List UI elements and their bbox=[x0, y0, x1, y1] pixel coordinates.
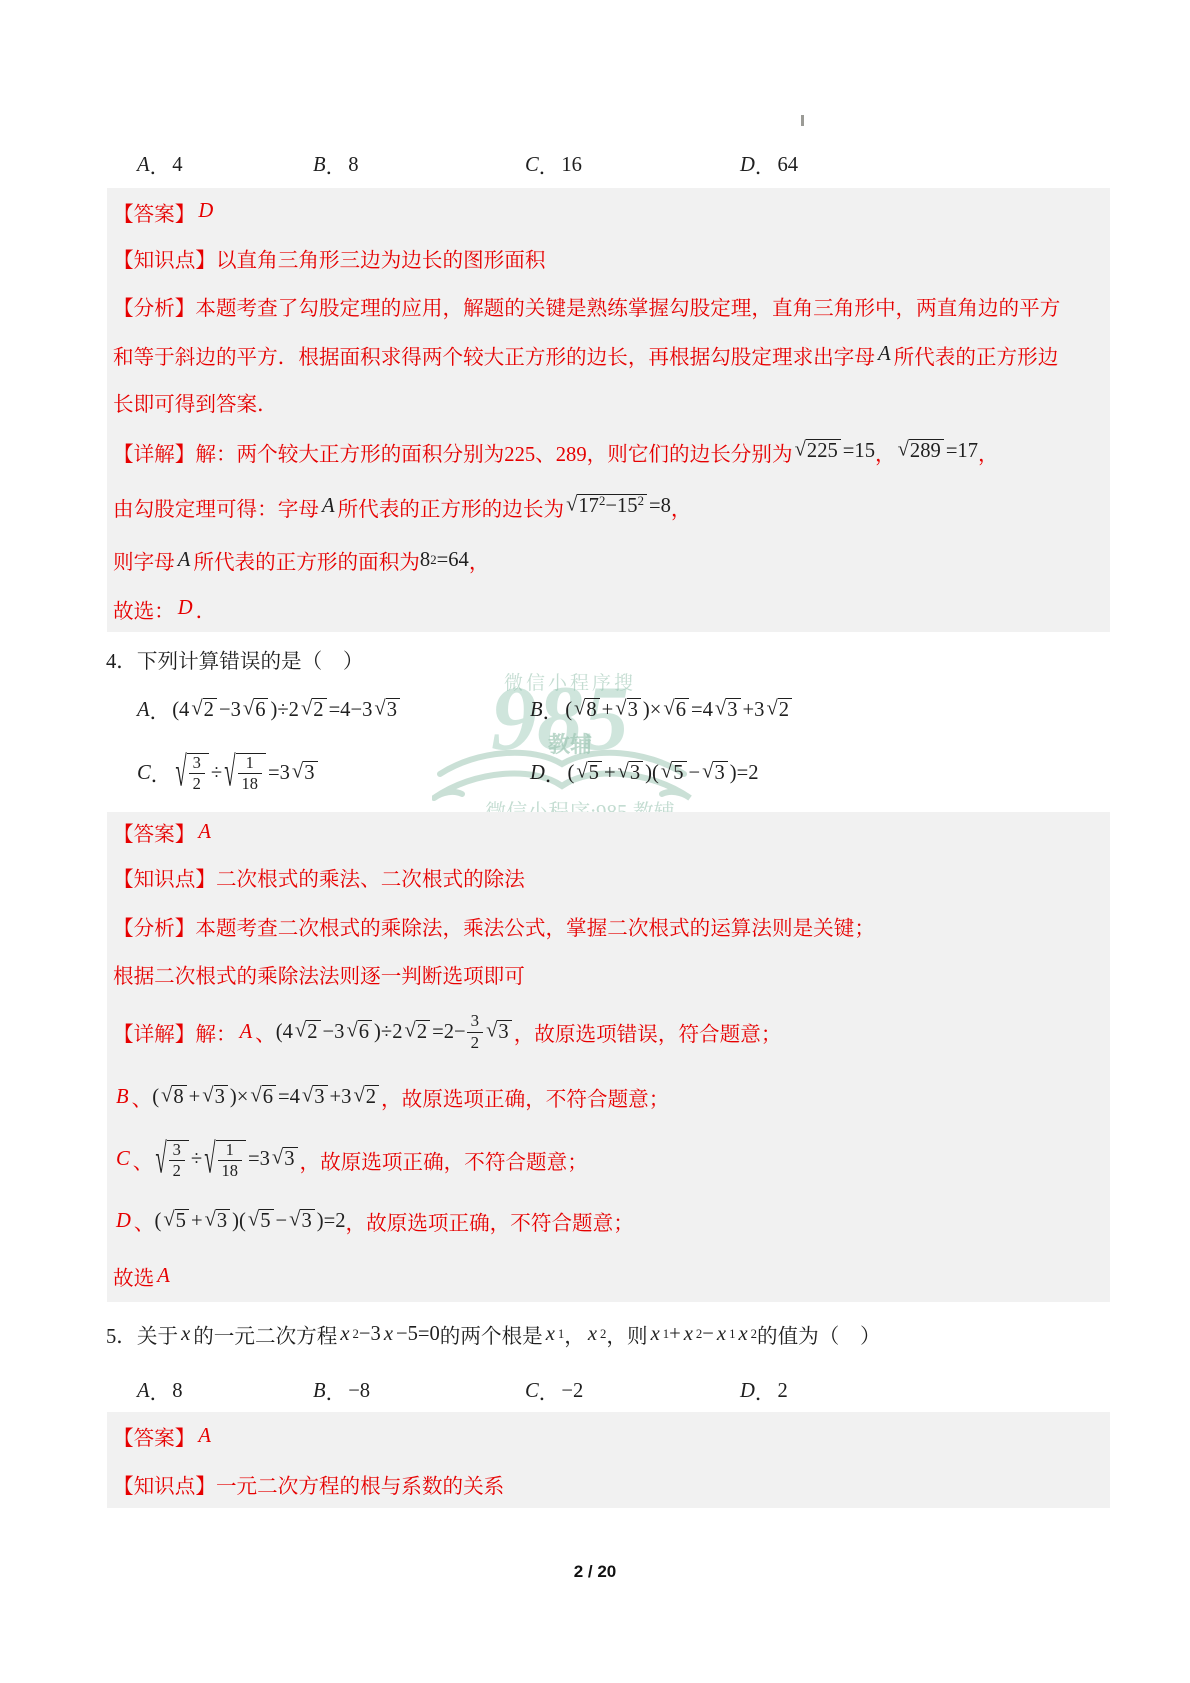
bracket-tag: 【知识点】 bbox=[113, 243, 216, 273]
answer-line: B、(√8+√3)×√6=4√3+3√2，故原选项正确，不符合题意； bbox=[113, 1067, 1110, 1127]
sqrt-expr: √3 bbox=[374, 698, 400, 723]
radicand: 3 bbox=[386, 698, 400, 723]
option-letter: B bbox=[313, 154, 326, 177]
radical-sign: √ bbox=[191, 698, 202, 719]
radical-sign: √ bbox=[574, 698, 585, 719]
option-value: 8 bbox=[172, 1380, 182, 1403]
red-text: 二次根式的乘法、二次根式的除法 bbox=[216, 862, 525, 892]
red-text: 、 bbox=[255, 1017, 276, 1047]
radicand: 5 bbox=[259, 1209, 273, 1234]
bracket-tag: 【分析】 bbox=[113, 911, 195, 941]
answer-line: 根据二次根式的乘除法法则逐一判断选项即可 bbox=[113, 950, 1110, 997]
sqrt-expr: √118 bbox=[224, 753, 266, 793]
bracket-tag: 【详解】 bbox=[113, 437, 195, 467]
math-text: =17 bbox=[946, 440, 978, 463]
option-value: 4 bbox=[172, 154, 182, 177]
answer-line: 则字母A所代表的正方形的面积为82=64， bbox=[113, 535, 1110, 585]
option-separator: ． bbox=[326, 1376, 347, 1406]
option-item: C．−2 bbox=[525, 1376, 583, 1406]
radical-sign: √ bbox=[292, 761, 303, 782]
option-item: B．(√8+√3)×√6=4√3+3√2 bbox=[530, 690, 794, 730]
radical-sign: √ bbox=[766, 698, 777, 719]
radicand: 3 bbox=[313, 1085, 327, 1110]
page-number: 2 / 20 bbox=[0, 1562, 1190, 1582]
question-5-text: 5．关于x的一元二次方程x2−3x−5=0的两个根是x1，x2，则x1+x2−x… bbox=[106, 1320, 881, 1348]
red-text: 长即可得到答案． bbox=[113, 387, 278, 417]
answer-block-q5: 【答案】A【知识点】一元二次方程的根与系数的关系 bbox=[107, 1412, 1110, 1508]
radical-sign: √ bbox=[289, 1209, 300, 1230]
math-text: + bbox=[191, 1210, 203, 1233]
radical-sign: √ bbox=[346, 1020, 357, 1041]
radicand: 6 bbox=[254, 698, 268, 723]
radicand: 225 bbox=[806, 439, 841, 464]
sqrt-expr: √2 bbox=[191, 698, 217, 723]
math-text: 2 bbox=[779, 699, 789, 723]
math-text: ( bbox=[567, 762, 574, 785]
math-text: ( bbox=[152, 1086, 159, 1109]
math-variable: x bbox=[588, 1323, 597, 1346]
radical-sign: √ bbox=[302, 1085, 313, 1106]
math-text: 3 bbox=[630, 762, 640, 786]
answer-block-q4: 【答案】A【知识点】二次根式的乘法、二次根式的除法【分析】本题考查二次根式的乘除… bbox=[107, 812, 1110, 1302]
radical-sign: √ bbox=[295, 1020, 306, 1041]
option-item: D．2 bbox=[740, 1376, 788, 1406]
option-letter: D bbox=[740, 1380, 755, 1403]
red-text: ，故原选项正确，不符合题意； bbox=[346, 1206, 634, 1236]
red-text: ， bbox=[875, 437, 896, 467]
math-text: +3 bbox=[330, 1086, 352, 1109]
sqrt-expr: √5 bbox=[661, 761, 687, 786]
red-text: 一元二次方程的根与系数的关系 bbox=[216, 1469, 504, 1499]
answer-line: 长即可得到答案． bbox=[113, 379, 1110, 425]
math-text: 8 bbox=[586, 699, 596, 723]
math-text: =64 bbox=[437, 549, 469, 572]
math-text: −3 bbox=[359, 1323, 381, 1346]
option-separator: ． bbox=[150, 150, 171, 180]
sqrt-expr: √3 bbox=[202, 1085, 228, 1110]
option-separator: ． bbox=[755, 150, 776, 180]
red-text: 解： bbox=[195, 1017, 236, 1047]
radicand: 3 bbox=[300, 1209, 314, 1234]
option-item: C．√32÷√118=3√3 bbox=[137, 742, 320, 804]
radical-sign: √ bbox=[405, 1020, 416, 1041]
radical-sign: √ bbox=[795, 440, 806, 461]
bracket-tag: 【详解】 bbox=[113, 1017, 195, 1047]
math-text: 17 bbox=[578, 495, 599, 519]
answer-line: 故选A bbox=[113, 1250, 1110, 1302]
math-text: 6 bbox=[359, 1021, 369, 1045]
denominator: 2 bbox=[169, 1161, 185, 1180]
radical-sign: √ bbox=[661, 761, 672, 782]
math-text: )÷2 bbox=[374, 1021, 402, 1044]
answer-letter: A bbox=[198, 821, 211, 844]
math-text: 6 bbox=[263, 1086, 273, 1110]
math-text: − bbox=[702, 1323, 714, 1346]
math-text: (4 bbox=[276, 1021, 293, 1044]
red-text: 、 bbox=[134, 1206, 155, 1236]
math-text: 3 bbox=[304, 762, 314, 786]
math-text: 2 bbox=[204, 699, 214, 723]
math-text: 5 bbox=[589, 762, 599, 786]
answer-line: C、√32÷√118=3√3，故原选项正确，不符合题意； bbox=[113, 1127, 1110, 1192]
red-text: 故选 bbox=[113, 1261, 154, 1291]
sqrt-expr: √3 bbox=[205, 1209, 231, 1234]
radical-sign: √ bbox=[576, 761, 587, 782]
radicand: 2 bbox=[203, 698, 217, 723]
question4-options-row-2: C．√32÷√118=3√3D．(√5+√3)(√5−√3)=2 bbox=[0, 742, 1190, 804]
radical-sign: √ bbox=[243, 698, 254, 719]
option-value: 2 bbox=[777, 1380, 787, 1403]
radicand: 3 bbox=[726, 698, 740, 723]
numerator: 3 bbox=[189, 754, 205, 774]
math-variable: x bbox=[717, 1323, 726, 1346]
numerator: 3 bbox=[169, 1141, 185, 1161]
radicand: 6 bbox=[675, 698, 689, 723]
math-variable: x bbox=[181, 1323, 190, 1346]
numerator: 1 bbox=[238, 754, 262, 774]
sqrt-expr: √225 bbox=[795, 439, 841, 464]
fraction: 32 bbox=[467, 1012, 483, 1051]
sqrt-expr: √2 bbox=[295, 1020, 321, 1045]
answer-line: 【知识点】二次根式的乘法、二次根式的除法 bbox=[113, 852, 1110, 902]
option-separator: ． bbox=[151, 758, 172, 788]
red-text: ，故原选项错误，符合题意； bbox=[514, 1017, 782, 1047]
red-text: ， bbox=[671, 492, 692, 522]
document-page: 微信小程序搜 985 教辅 微信小程序:985 教辅 A．4B．8C．16D．6… bbox=[0, 0, 1190, 1683]
answer-line: 由勾股定理可得：字母A所代表的正方形的边长为√172−152=8， bbox=[113, 478, 1110, 535]
radical-sign: √ bbox=[163, 1209, 174, 1230]
math-text: )=2 bbox=[317, 1210, 346, 1233]
sqrt-expr: √6 bbox=[250, 1085, 276, 1110]
math-text: +3 bbox=[743, 699, 765, 722]
sqrt-expr: √5 bbox=[163, 1209, 189, 1234]
radical-sign: √ bbox=[175, 753, 186, 795]
red-text: 本题考查了勾股定理的应用，解题的关键是熟练掌握勾股定理，直角三角形中，两直角边的… bbox=[195, 291, 1060, 321]
math-text: 3 bbox=[387, 699, 397, 723]
math-variable: A bbox=[178, 549, 191, 572]
radicand: 118 bbox=[236, 753, 266, 793]
option-value: 64 bbox=[777, 154, 798, 177]
radical-sign: √ bbox=[374, 698, 385, 719]
math-text: −5=0 bbox=[396, 1323, 440, 1346]
math-text: + bbox=[669, 1323, 681, 1346]
sqrt-expr: √3 bbox=[292, 761, 318, 786]
math-text: =15 bbox=[843, 440, 875, 463]
radical-sign: √ bbox=[248, 1209, 259, 1230]
answer-line: 【知识点】以直角三角形三边为边长的图形面积 bbox=[113, 235, 1110, 281]
radical-sign: √ bbox=[204, 1139, 215, 1181]
answer-line: 【答案】A bbox=[113, 1412, 1110, 1460]
math-variable: x bbox=[340, 1323, 349, 1346]
red-text: 所代表的正方形边 bbox=[894, 340, 1059, 370]
option-separator: ． bbox=[150, 1376, 171, 1406]
red-text: ，故原选项正确，不符合题意； bbox=[300, 1145, 588, 1175]
radicand: 2 bbox=[365, 1085, 379, 1110]
option-letter: D bbox=[740, 154, 755, 177]
option-letter: B bbox=[313, 1380, 326, 1403]
sqrt-expr: √5 bbox=[248, 1209, 274, 1234]
red-text: 由勾股定理可得：字母 bbox=[113, 492, 319, 522]
math-text: )=2 bbox=[730, 762, 759, 785]
radicand: 5 bbox=[588, 761, 602, 786]
red-text: 则字母 bbox=[113, 545, 175, 575]
math-text: 6 bbox=[255, 699, 265, 723]
sqrt-expr: √6 bbox=[346, 1020, 372, 1045]
radical-sign: √ bbox=[161, 1085, 172, 1106]
answer-line: 【答案】D bbox=[113, 188, 1110, 235]
radicand: 3 bbox=[216, 1209, 230, 1234]
numerator: 1 bbox=[218, 1141, 242, 1161]
sqrt-expr: √32 bbox=[175, 753, 209, 793]
sqrt-expr: √6 bbox=[663, 698, 689, 723]
question5-options-row: A．8B．−8C．−2D．2 bbox=[0, 1376, 1190, 1406]
math-text: + bbox=[189, 1086, 201, 1109]
radicand: 6 bbox=[358, 1020, 372, 1045]
math-text: ÷ bbox=[211, 762, 222, 785]
sqrt-expr: √8 bbox=[574, 698, 600, 723]
red-text: 所代表的正方形的面积为 bbox=[193, 545, 420, 575]
math-text: 3 bbox=[217, 1210, 227, 1234]
radicand: 3 bbox=[629, 761, 643, 786]
fraction: 32 bbox=[169, 1141, 185, 1180]
fraction: 118 bbox=[238, 754, 262, 793]
math-text: )÷2 bbox=[270, 699, 298, 722]
math-text: 3 bbox=[301, 1210, 311, 1234]
sqrt-expr: √3 bbox=[272, 1147, 298, 1172]
math-text: 2 bbox=[366, 1086, 376, 1110]
math-text: =2− bbox=[432, 1021, 466, 1044]
question4-options-row-1: A．(4√2−3√6)÷2√2=4−3√3B．(√8+√3)×√6=4√3+3√… bbox=[0, 690, 1190, 730]
answer-letter: D bbox=[198, 200, 213, 223]
answer-letter: A bbox=[198, 1425, 211, 1448]
red-text: 本题考查二次根式的乘除法，乘法公式，掌握二次根式的运算法则是关键； bbox=[195, 911, 875, 941]
red-text: ，故原选项正确，不符合题意； bbox=[381, 1082, 669, 1112]
option-item: A．8 bbox=[137, 1376, 182, 1406]
math-text: =3 bbox=[268, 762, 290, 785]
radicand: 289 bbox=[909, 439, 944, 464]
red-text: 和等于斜边的平方．根据面积求得两个较大正方形的边长，再根据勾股定理求出字母 bbox=[113, 340, 875, 370]
sqrt-expr: √289 bbox=[898, 439, 944, 464]
sqrt-expr: √5 bbox=[576, 761, 602, 786]
radicand: 8 bbox=[172, 1085, 186, 1110]
red-text: 解：两个较大正方形的面积分别为225、289，则它们的边长分别为 bbox=[195, 437, 792, 467]
sqrt-expr: √3 bbox=[702, 761, 728, 786]
red-text: 所代表的正方形的边长为 bbox=[338, 492, 565, 522]
option-separator: ． bbox=[545, 758, 566, 788]
option-letter: C bbox=[137, 762, 151, 785]
math-text: − bbox=[276, 1210, 288, 1233]
answer-block-q3: 【答案】D【知识点】以直角三角形三边为边长的图形面积【分析】本题考查了勾股定理的… bbox=[107, 188, 1110, 632]
bracket-tag: 【知识点】 bbox=[113, 1469, 216, 1499]
math-text: 289 bbox=[910, 440, 941, 464]
math-text: 3 bbox=[714, 762, 724, 786]
radicand: 8 bbox=[585, 698, 599, 723]
answer-line: D、(√5+√3)(√5−√3)=2，故原选项正确，不符合题意； bbox=[113, 1192, 1110, 1250]
option-value: −2 bbox=[561, 1380, 583, 1403]
math-text: =4 bbox=[278, 1086, 300, 1109]
radical-sign: √ bbox=[250, 1085, 261, 1106]
radicand: 6 bbox=[262, 1085, 276, 1110]
math-text: 225 bbox=[807, 440, 838, 464]
radicand: 32 bbox=[187, 753, 209, 793]
math-text: )× bbox=[643, 699, 661, 722]
answer-letter: A bbox=[240, 1021, 253, 1044]
radicand: 3 bbox=[303, 761, 317, 786]
radicand: 2 bbox=[306, 1020, 320, 1045]
math-text: 2 bbox=[313, 699, 323, 723]
sqrt-expr: √6 bbox=[243, 698, 269, 723]
radical-sign: √ bbox=[272, 1148, 283, 1169]
option-letter: A bbox=[137, 154, 150, 177]
math-text: 8 bbox=[173, 1086, 183, 1110]
bracket-tag: 【答案】 bbox=[113, 197, 195, 227]
sqrt-expr: √3 bbox=[302, 1085, 328, 1110]
option-item: B．8 bbox=[313, 150, 358, 180]
math-text: )( bbox=[645, 762, 659, 785]
math-text: =3 bbox=[248, 1148, 270, 1171]
math-text: −3 bbox=[323, 1021, 345, 1044]
option-letter: C bbox=[525, 154, 539, 177]
red-text: 根据二次根式的乘除法法则逐一判断选项即可 bbox=[113, 959, 525, 989]
radicand: 5 bbox=[175, 1209, 189, 1234]
black-text: ， bbox=[564, 1319, 585, 1349]
answer-line: 【知识点】一元二次方程的根与系数的关系 bbox=[113, 1460, 1110, 1508]
math-text: ( bbox=[154, 1210, 161, 1233]
fraction: 32 bbox=[189, 754, 205, 793]
black-text: 的一元二次方程 bbox=[193, 1319, 337, 1349]
radical-sign: √ bbox=[663, 698, 674, 719]
sqrt-expr: √3 bbox=[715, 698, 741, 723]
sqrt-expr: √8 bbox=[161, 1085, 187, 1110]
option-item: A．(4√2−3√6)÷2√2=4−3√3 bbox=[137, 690, 402, 730]
radical-sign: √ bbox=[224, 753, 235, 795]
denominator: 2 bbox=[189, 774, 205, 793]
red-text: 、 bbox=[132, 1082, 153, 1112]
answer-line: 故选：D． bbox=[113, 585, 1110, 632]
denominator: 18 bbox=[238, 774, 262, 793]
radical-sign: √ bbox=[618, 761, 629, 782]
bracket-tag: 【答案】 bbox=[113, 1421, 195, 1451]
option-separator: ． bbox=[543, 695, 564, 725]
sqrt-expr: √3 bbox=[618, 761, 644, 786]
radical-sign: √ bbox=[898, 440, 909, 461]
radicand: 32 bbox=[167, 1140, 189, 1180]
radicand: 5 bbox=[672, 761, 686, 786]
radicand: 3 bbox=[214, 1085, 228, 1110]
math-variable: x bbox=[651, 1323, 660, 1346]
radical-sign: √ bbox=[702, 761, 713, 782]
math-text: 6 bbox=[676, 699, 686, 723]
math-text: 5 bbox=[260, 1210, 270, 1234]
answer-line: 【分析】本题考查二次根式的乘除法，乘法公式，掌握二次根式的运算法则是关键； bbox=[113, 902, 1110, 950]
math-text: −3 bbox=[219, 699, 241, 722]
option-item: B．−8 bbox=[313, 1376, 370, 1406]
sqrt-expr: √172−152 bbox=[566, 494, 647, 519]
math-text: =4 bbox=[691, 699, 713, 722]
math-variable: x bbox=[546, 1323, 555, 1346]
math-text: + bbox=[602, 699, 614, 722]
option-item: C．16 bbox=[525, 150, 582, 180]
black-text: 的两个根是 bbox=[440, 1319, 543, 1349]
sqrt-expr: √3 bbox=[289, 1209, 315, 1234]
radical-sign: √ bbox=[566, 495, 577, 516]
option-separator: ． bbox=[150, 695, 171, 725]
bracket-tag: 【答案】 bbox=[113, 817, 195, 847]
radical-sign: √ bbox=[353, 1085, 364, 1106]
red-text: 、 bbox=[133, 1145, 154, 1175]
answer-line: 【分析】本题考查了勾股定理的应用，解题的关键是熟练掌握勾股定理，直角三角形中，两… bbox=[113, 281, 1110, 330]
red-text: 故选： bbox=[113, 594, 175, 624]
radical-sign: √ bbox=[486, 1020, 497, 1041]
option-letter: C bbox=[525, 1380, 539, 1403]
math-text: )× bbox=[230, 1086, 248, 1109]
question-4-text: 4．下列计算错误的是（ ） bbox=[106, 645, 363, 673]
radicand: 3 bbox=[713, 761, 727, 786]
math-text: − bbox=[689, 762, 701, 785]
math-text: =4−3 bbox=[329, 699, 373, 722]
option-separator: ． bbox=[539, 150, 560, 180]
sqrt-expr: √118 bbox=[204, 1140, 246, 1180]
radicand: 172−152 bbox=[577, 494, 647, 519]
bracket-tag: 【分析】 bbox=[113, 291, 195, 321]
answer-line: 【详解】解：两个较大正方形的面积分别为225、289，则它们的边长分别为√225… bbox=[113, 425, 1110, 478]
answer-letter: D bbox=[116, 1210, 131, 1233]
option-separator: ． bbox=[326, 150, 347, 180]
math-text: ÷ bbox=[191, 1148, 202, 1171]
answer-line: 【详解】解：A、(4√2−3√6)÷2√2=2−32√3，故原选项错误，符合题意… bbox=[113, 997, 1110, 1067]
stray-mark bbox=[801, 115, 804, 126]
math-variable: A bbox=[878, 343, 891, 366]
radical-sign: √ bbox=[715, 698, 726, 719]
radicand: 3 bbox=[283, 1147, 297, 1172]
option-item: A．4 bbox=[137, 150, 182, 180]
option-value: 8 bbox=[348, 154, 358, 177]
math-text: 2 bbox=[417, 1021, 427, 1045]
sqrt-expr: √3 bbox=[486, 1020, 512, 1045]
answer-letter: D bbox=[178, 597, 193, 620]
radicand: 3 bbox=[627, 698, 641, 723]
math-variable: A bbox=[322, 495, 335, 518]
math-text: ( bbox=[565, 699, 572, 722]
math-text: 8 bbox=[420, 549, 430, 572]
sqrt-expr: √3 bbox=[615, 698, 641, 723]
red-text: ， bbox=[978, 437, 999, 467]
option-value: −8 bbox=[348, 1380, 370, 1403]
red-text: ． bbox=[196, 594, 217, 624]
superscript: 2 bbox=[638, 495, 644, 508]
radicand: 3 bbox=[497, 1020, 511, 1045]
math-text: )( bbox=[232, 1210, 246, 1233]
answer-letter: A bbox=[157, 1265, 170, 1288]
black-text: ，则 bbox=[606, 1319, 647, 1349]
answer-line: 和等于斜边的平方．根据面积求得两个较大正方形的边长，再根据勾股定理求出字母A所代… bbox=[113, 330, 1110, 379]
fraction: 118 bbox=[218, 1141, 242, 1180]
radical-sign: √ bbox=[155, 1139, 166, 1181]
option-separator: ． bbox=[539, 1376, 560, 1406]
math-text: 2 bbox=[307, 1021, 317, 1045]
radical-sign: √ bbox=[615, 698, 626, 719]
question3-options-row: A．4B．8C．16D．64 bbox=[0, 150, 1190, 180]
radicand: 2 bbox=[416, 1020, 430, 1045]
option-letter: A bbox=[137, 699, 150, 722]
math-variable: x bbox=[684, 1323, 693, 1346]
option-value: 16 bbox=[561, 154, 582, 177]
radical-sign: √ bbox=[205, 1209, 216, 1230]
math-text: =8 bbox=[649, 495, 671, 518]
option-letter: D bbox=[530, 762, 545, 785]
sqrt-expr: √2 bbox=[353, 1085, 379, 1110]
sqrt-expr: √2 bbox=[301, 698, 327, 723]
